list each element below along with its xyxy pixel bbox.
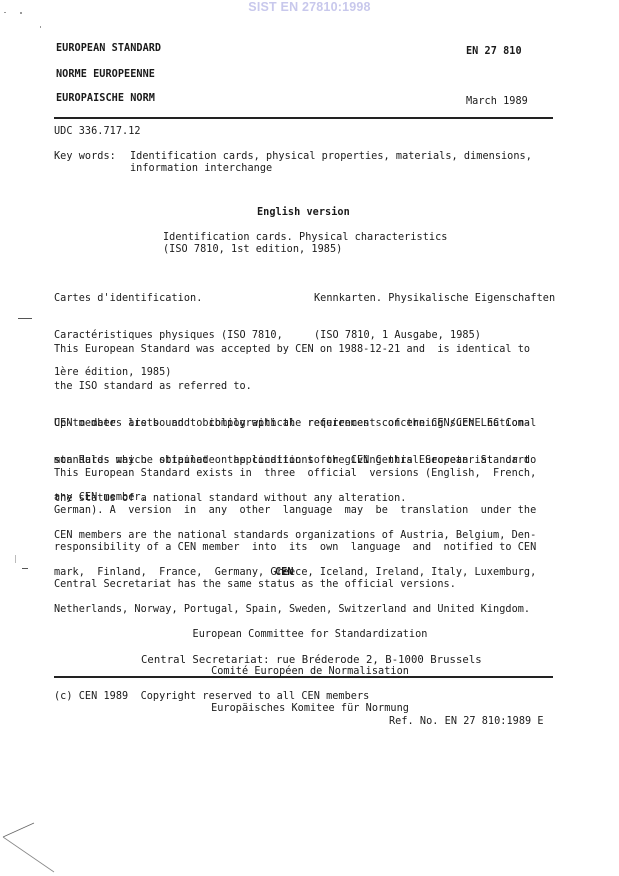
margin-dash [18,318,32,319]
paragraph-line: This European Standard was accepted by C… [54,344,530,356]
udc-code: UDC 336.717.12 [54,126,141,137]
scan-speck [20,12,22,14]
document-title-iso: (ISO 7810, 1st edition, 1985) [163,244,342,255]
cen-names: European Committee for Standardization C… [120,604,500,728]
keywords-line-2: information interchange [130,163,272,174]
publication-date: March 1989 [466,96,528,107]
title-de: EUROPAISCHE NORM [56,93,155,104]
scan-speck [40,26,41,28]
cen-name-en: European Committee for Standardization [120,629,500,641]
paragraph-line: This European Standard exists in three o… [54,468,536,480]
header-divider [54,117,553,119]
french-title-line: Cartes d'identification. [54,293,283,305]
german-title-line: Kennkarten. Physikalische Eigenschaften [314,293,555,305]
watermark: SIST EN 27810:1998 [0,0,619,14]
version-label: English version [257,207,350,218]
keywords-label: Key words: [54,151,116,162]
cen-name-de: Europäisches Komitee für Normung [120,703,500,715]
paragraph-line: Up-to-date lists and bibliographical ref… [54,418,536,430]
scan-speck [4,12,6,13]
paragraph-line: the ISO standard as referred to. [54,381,530,393]
scan-speck [15,555,16,563]
margin-dash [22,568,28,569]
cen-address: Central Secretariat: rue Bréderode 2, B-… [141,654,482,666]
standard-number: EN 27 810 [466,46,522,57]
copyright-notice: (c) CEN 1989 Copyright reserved to all C… [54,691,369,702]
keywords-line-1: Identification cards, physical propertie… [130,151,532,162]
corner-scan-mark [0,820,60,876]
title-en: EUROPEAN STANDARD [56,43,161,54]
title-fr: NORME EUROPEENNE [56,69,155,80]
reference-number: Ref. No. EN 27 810:1989 E [389,716,544,727]
footer-divider [54,676,553,678]
paragraph-line: CEN members are the national standards o… [54,530,536,542]
paragraph-line: mark, Finland, France, Germany, Greece, … [54,567,536,579]
cen-heading: CEN [275,567,294,578]
document-title: Identification cards. Physical character… [163,232,447,243]
